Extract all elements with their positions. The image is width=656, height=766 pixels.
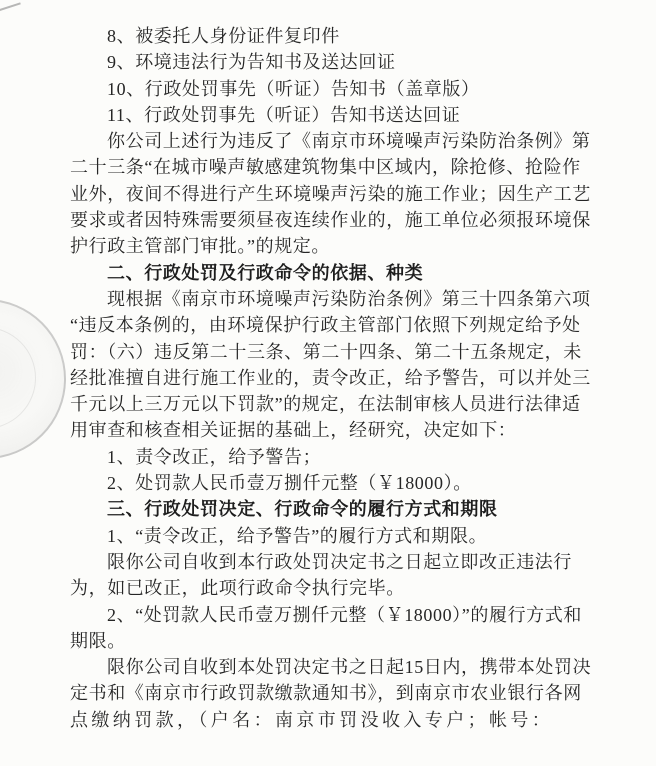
basis-paragraph-line: 现根据《南京市环境噪声污染防治条例》第三十四条第六项: [70, 286, 610, 312]
scan-scratch-artifact: [0, 2, 21, 11]
violation-paragraph-line: 护行政主管部门审批。”的规定。: [70, 233, 610, 259]
basis-paragraph-line: 经批准擅自进行施工作业的，责令改正，给予警告，可以并处三: [70, 365, 610, 391]
fulfillment-paragraph-line: 为，如已改正，此项行政命令执行完毕。: [70, 575, 610, 601]
section-heading-fulfillment: 三、行政处罚决定、行政命令的履行方式和期限: [70, 496, 610, 522]
violation-paragraph-line: 你公司上述行为违反了《南京市环境噪声污染防治条例》第: [70, 128, 610, 154]
evidence-list-item-9: 9、环境违法行为告知书及送达回证: [70, 49, 610, 75]
document-body: 8、被委托人身份证件复印件 9、环境违法行为告知书及送达回证 10、行政处罚事先…: [70, 23, 610, 733]
fulfillment-paragraph-line: 期限。: [70, 628, 610, 654]
section-heading-basis-types: 二、行政处罚及行政命令的依据、种类: [70, 260, 610, 286]
fulfillment-paragraph-line: 限你公司自收到本行政处罚决定书之日起立即改正违法行: [70, 549, 610, 575]
basis-paragraph-line: 千元以上三万元以下罚款”的规定，在法制审核人员进行法律适: [70, 391, 610, 417]
payment-paragraph-line: 定书和《南京市行政罚款缴款通知书》，到南京市农业银行各网: [70, 680, 610, 706]
violation-paragraph-line: 业外，夜间不得进行产生环境噪声污染的施工作业；因生产工艺: [70, 181, 610, 207]
evidence-list-item-11: 11、行政处罚事先（听证）告知书送达回证: [70, 102, 610, 128]
evidence-list-item-10: 10、行政处罚事先（听证）告知书（盖章版）: [70, 76, 610, 102]
basis-paragraph-line: 用审查和核查相关证据的基础上，经研究，决定如下：: [70, 417, 610, 443]
payment-paragraph-line: 点缴纳罚款，（户名：南京市罚没收入专户；帐号：: [70, 707, 610, 733]
violation-paragraph-line: 二十三条“在城市噪声敏感建筑物集中区域内，除抢修、抢险作: [70, 154, 610, 180]
fulfillment-item-1: 1、“责令改正，给予警告”的履行方式和期限。: [70, 523, 610, 549]
basis-paragraph-line: “违反本条例的，由环境保护行政主管部门依照下列规定给予处: [70, 312, 610, 338]
fulfillment-item-2: 2、“处罚款人民币壹万捌仟元整（￥18000）”的履行方式和: [70, 602, 610, 628]
evidence-list-item-8: 8、被委托人身份证件复印件: [70, 23, 610, 49]
violation-paragraph-line: 要求或者因特殊需要须昼夜连续作业的，施工单位必须报环境保: [70, 207, 610, 233]
decision-item-2: 2、处罚款人民币壹万捌仟元整（￥18000）。: [70, 470, 610, 496]
payment-paragraph-line: 限你公司自收到本处罚决定书之日起15日内，携带本处罚决: [70, 654, 610, 680]
scanned-document-page: 8、被委托人身份证件复印件 9、环境违法行为告知书及送达回证 10、行政处罚事先…: [0, 0, 656, 766]
basis-paragraph-line: 罚：（六）违反第二十三条、第二十四条、第二十五条规定，未: [70, 339, 610, 365]
official-seal-icon: [0, 299, 66, 459]
decision-item-1: 1、责令改正，给予警告；: [70, 444, 610, 470]
